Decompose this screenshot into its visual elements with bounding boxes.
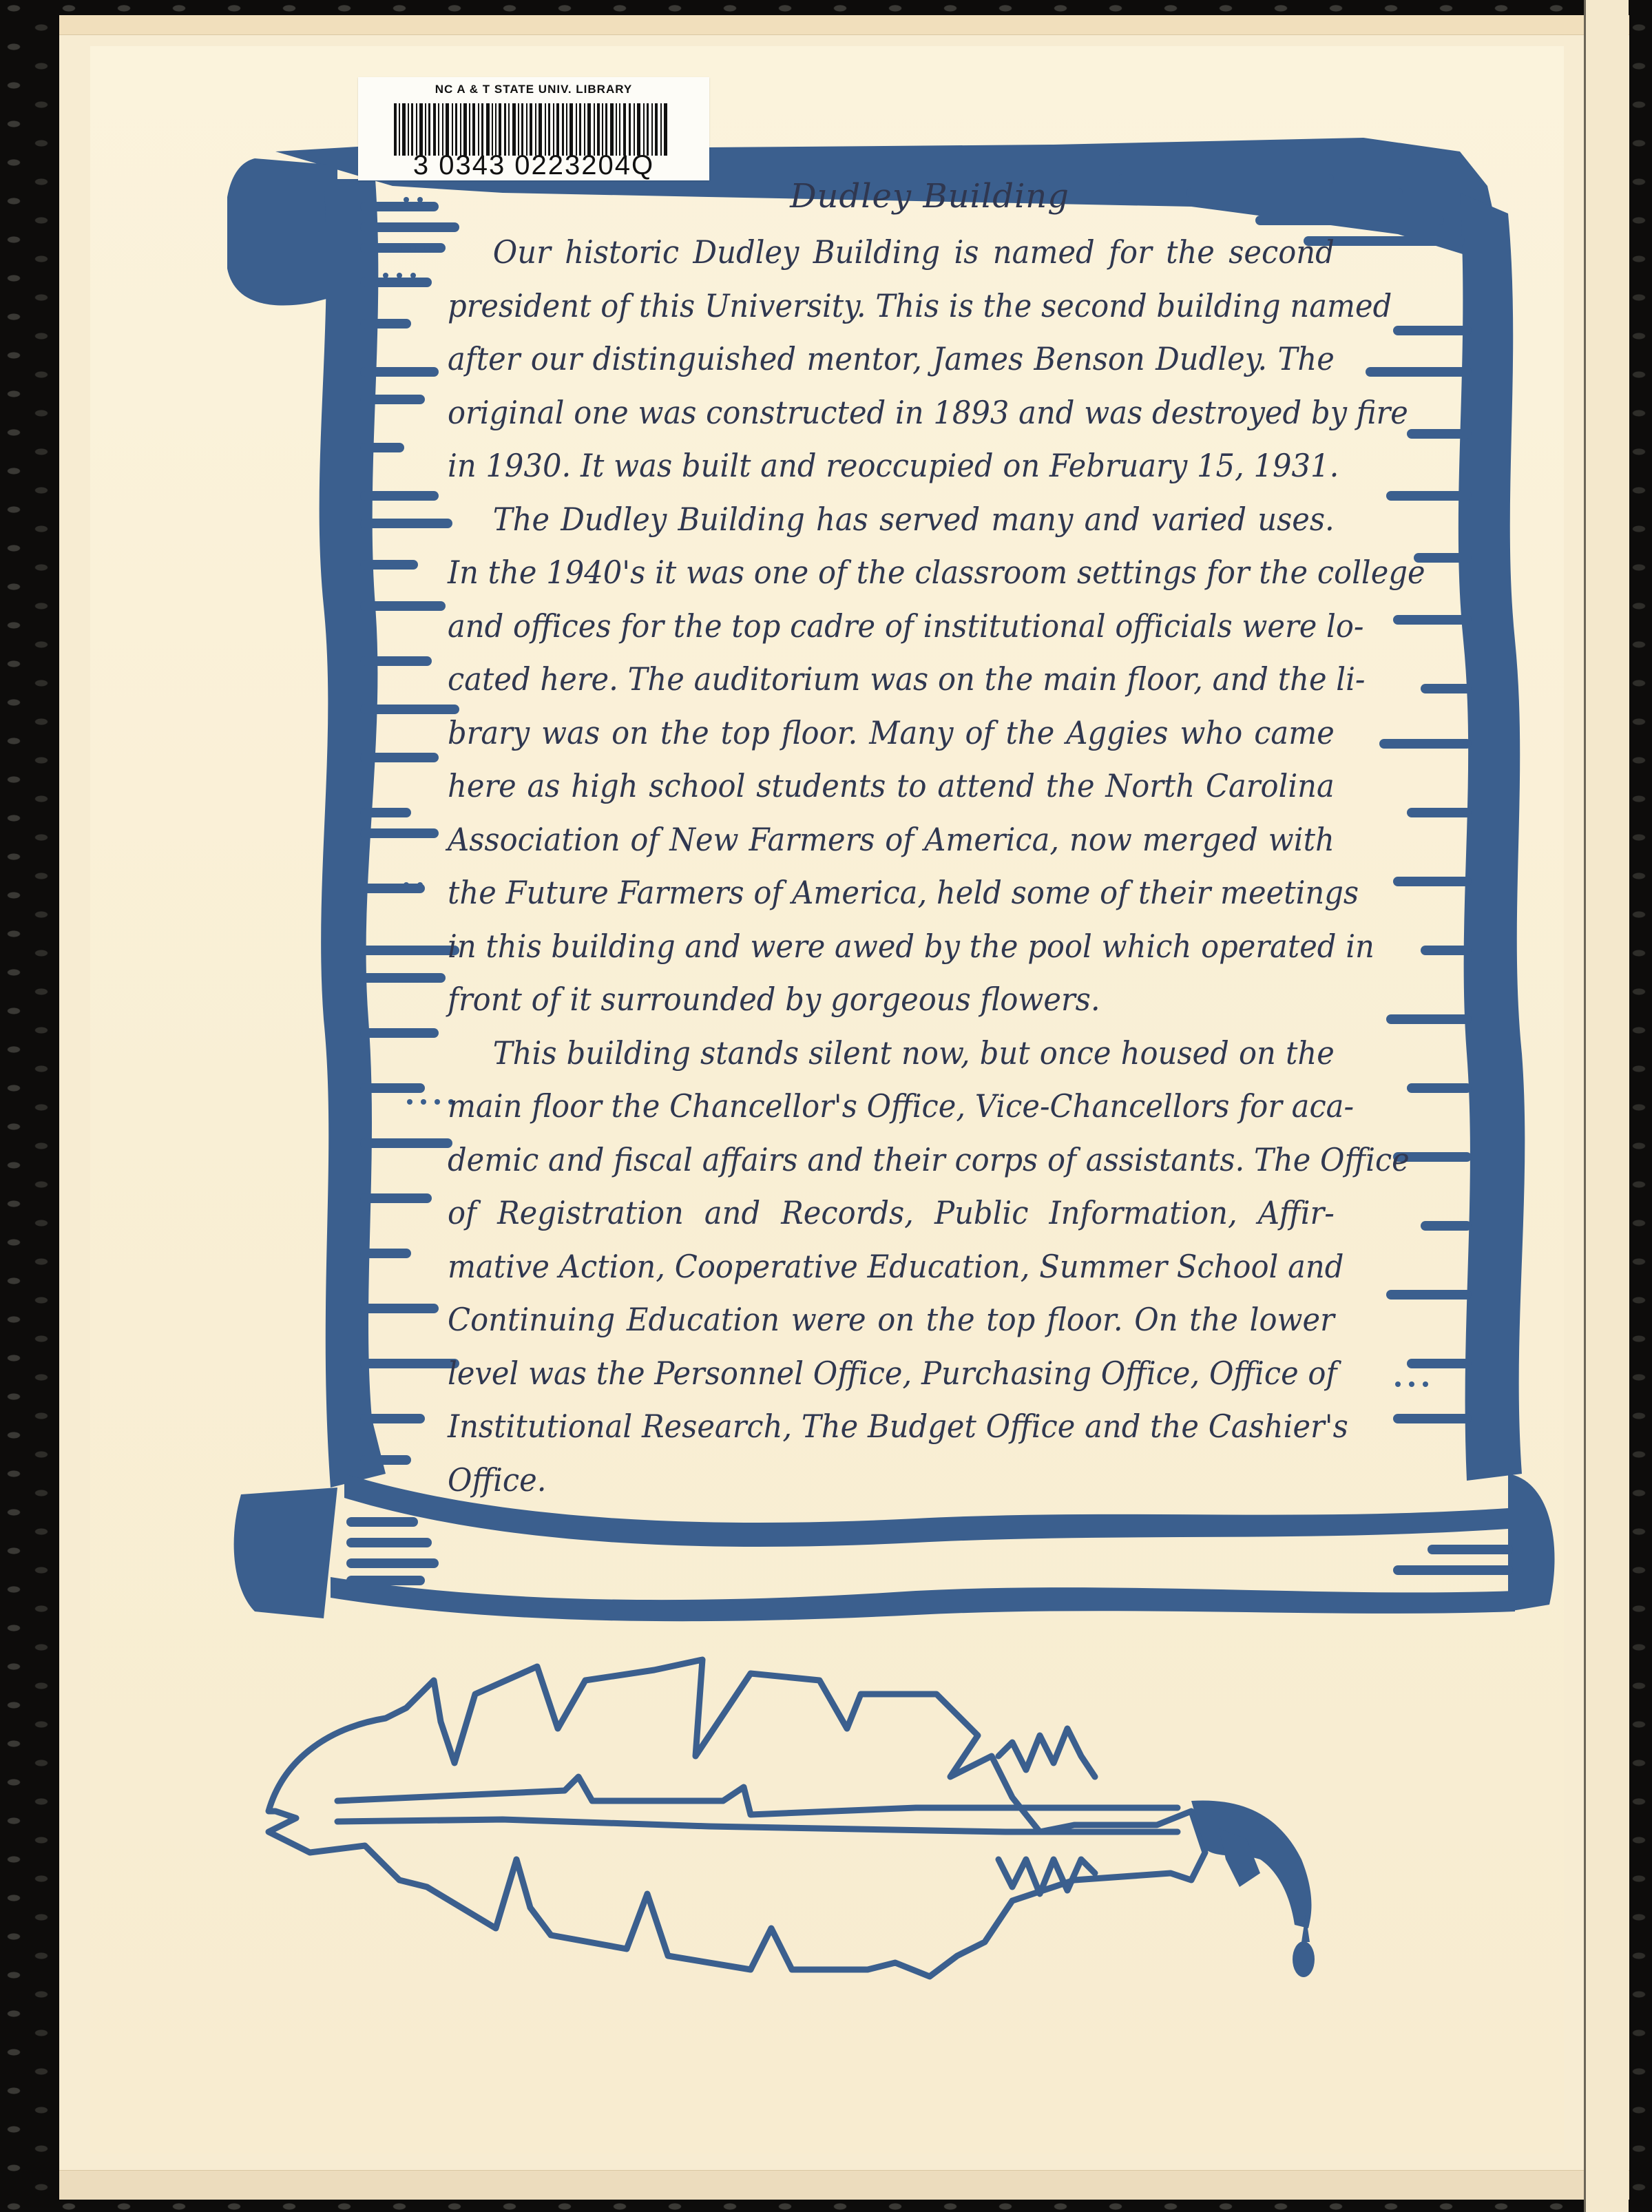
text-line: after our distinguished mentor, James Be…	[448, 333, 1335, 386]
text-line: and offices for the top cadre of institu…	[448, 600, 1335, 654]
text-line: demic and fiscal affairs and their corps…	[448, 1134, 1335, 1187]
text-line: Association of New Farmers of America, n…	[448, 813, 1335, 867]
text-line: main floor the Chancellor's Office, Vice…	[448, 1080, 1335, 1134]
text-line: in this building and were awed by the po…	[448, 920, 1335, 974]
text-line: in 1930. It was built and reoccupied on …	[448, 439, 1335, 493]
text-line: here as high school students to attend t…	[448, 760, 1335, 813]
text-line: Our historic Dudley Building is named fo…	[448, 226, 1335, 280]
text-line: Office.	[448, 1454, 1335, 1507]
document-body: Dudley Building Our historic Dudley Buil…	[448, 172, 1391, 1507]
text-line: front of it surrounded by gorgeous flowe…	[448, 973, 1335, 1027]
text-line: president of this University. This is th…	[448, 280, 1335, 333]
text-line: mative Action, Cooperative Education, Su…	[448, 1240, 1335, 1294]
library-barcode-label: NC A & T STATE UNIV. LIBRARY 3 0343	[358, 77, 709, 180]
quill-pen-icon	[227, 1653, 1604, 1983]
text-line: In the 1940's it was one of the classroo…	[448, 546, 1335, 600]
text-line: original one was constructed in 1893 and…	[448, 386, 1335, 440]
text-line: level was the Personnel Office, Purchasi…	[448, 1347, 1335, 1401]
text-line: brary was on the top floor. Many of the …	[448, 707, 1335, 760]
text-line: This building stands silent now, but onc…	[448, 1027, 1335, 1081]
text-line: Continuing Education were on the top flo…	[448, 1293, 1335, 1347]
text-line: cated here. The auditorium was on the ma…	[448, 653, 1335, 707]
text-line: Institutional Research, The Budget Offic…	[448, 1400, 1335, 1454]
cover-turn-in-top	[59, 15, 1629, 35]
barcode-icon	[394, 103, 669, 156]
cover-turn-in-bottom	[59, 2170, 1629, 2200]
text-line: the Future Farmers of America, held some…	[448, 866, 1335, 920]
library-name: NC A & T STATE UNIV. LIBRARY	[358, 83, 709, 96]
paragraph-lines: Our historic Dudley Building is named fo…	[448, 226, 1391, 1507]
text-line: The Dudley Building has served many and …	[448, 493, 1335, 547]
barcode-number: 3 0343 0223204Q	[358, 150, 709, 181]
text-line: of Registration and Records, Public Info…	[448, 1187, 1335, 1240]
